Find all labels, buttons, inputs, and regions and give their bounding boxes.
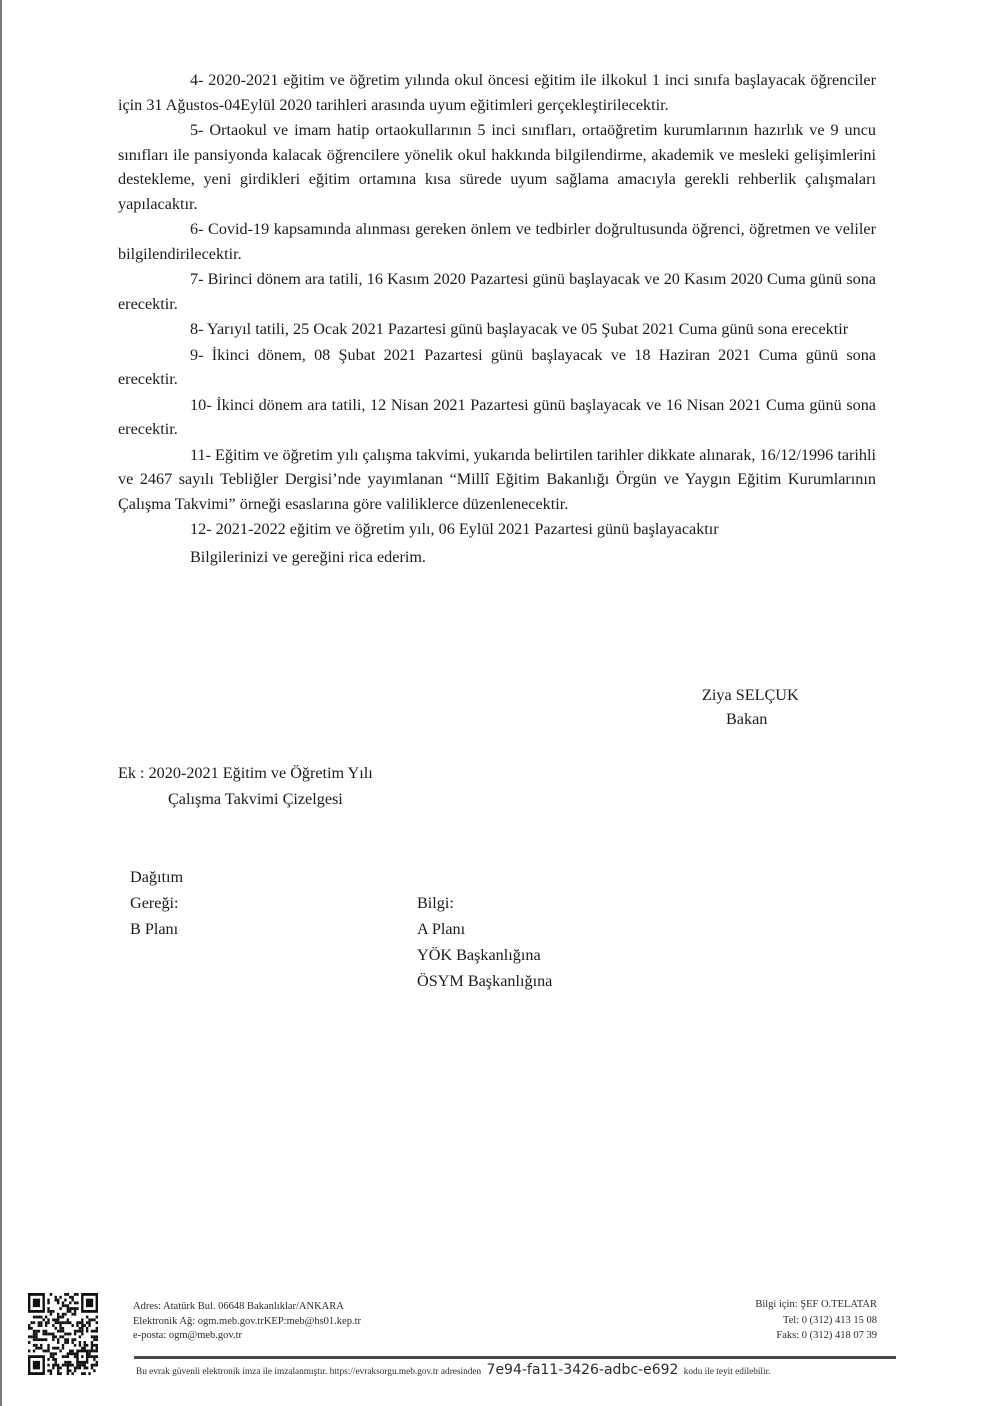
page-edge [0, 0, 2, 1406]
footer-divider [134, 1356, 896, 1359]
tel-line: Tel: 0 (312) 413 15 08 [755, 1313, 877, 1329]
paragraph-6: 6- Covid-19 kapsamında alınması gereken … [118, 217, 876, 267]
action-item: B Planı [130, 916, 370, 942]
paragraph-12: 12- 2021-2022 eğitim ve öğretim yılı, 06… [118, 517, 876, 543]
esig-suffix: kodu ile teyit edilebilir. [684, 1367, 771, 1377]
fax-line: Faks: 0 (312) 418 07 39 [755, 1328, 877, 1344]
esig-prefix: Bu evrak güvenli elektronik imza ile imz… [136, 1367, 481, 1377]
distribution-info-column: Bilgi: A Planı YÖK Başkanlığına ÖSYM Baş… [417, 890, 717, 994]
paragraph-11: 11- Eğitim ve öğretim yılı çalışma takvi… [118, 443, 876, 518]
info-label: Bilgi: [417, 890, 717, 916]
paragraph-8: 8- Yarıyıl tatili, 25 Ocak 2021 Pazartes… [118, 317, 876, 343]
paragraph-9: 9- İkinci dönem, 08 Şubat 2021 Pazartesi… [118, 343, 876, 393]
paragraph-4: 4- 2020-2021 eğitim ve öğretim yılında o… [118, 68, 876, 118]
paragraph-10: 10- İkinci dönem ara tatili, 12 Nisan 20… [118, 393, 876, 443]
document-body: 4- 2020-2021 eğitim ve öğretim yılında o… [118, 68, 876, 569]
signatory-name: Ziya SELÇUK [702, 683, 799, 707]
footer-contact-block: Bilgi için: ŞEF O.TELATAR Tel: 0 (312) 4… [755, 1297, 877, 1344]
qr-code-icon [28, 1293, 98, 1375]
footer-address-block: Adres: Atatürk Bul. 06648 Bakanlıklar/AN… [133, 1300, 361, 1344]
electronic-network-line: Elektronik Ağ: ogm.meb.gov.trKEP:meb@hs0… [133, 1315, 361, 1330]
signature-block: Ziya SELÇUK Bakan [702, 683, 799, 731]
email-line: e-posta: ogm@meb.gov.tr [133, 1329, 361, 1344]
info-item: A Planı [417, 916, 717, 942]
action-label: Gereği: [130, 890, 370, 916]
address-line: Adres: Atatürk Bul. 06648 Bakanlıklar/AN… [133, 1300, 361, 1315]
paragraph-7: 7- Birinci dönem ara tatili, 16 Kasım 20… [118, 267, 876, 317]
info-contact-line: Bilgi için: ŞEF O.TELATAR [755, 1297, 877, 1313]
closing-line: Bilgilerinizi ve gereğini rica ederim. [118, 545, 876, 570]
distribution-action-column: Dağıtım Gereği: B Planı [130, 864, 370, 942]
distribution-heading: Dağıtım [130, 864, 370, 890]
attachment-line-2: Çalışma Takvimi Çizelgesi [118, 786, 373, 812]
paragraph-5: 5- Ortaokul ve imam hatip ortaokullarını… [118, 118, 876, 217]
verification-code: 7e94-fa11-3426-adbc-e692 [487, 1362, 679, 1378]
signatory-title: Bakan [702, 707, 799, 731]
info-item: YÖK Başkanlığına [417, 942, 717, 968]
info-item: ÖSYM Başkanlığına [417, 968, 717, 994]
esignature-line: Bu evrak güvenli elektronik imza ile imz… [136, 1362, 898, 1378]
attachment-block: Ek : 2020-2021 Eğitim ve Öğretim Yılı Ça… [118, 760, 373, 812]
attachment-line-1: Ek : 2020-2021 Eğitim ve Öğretim Yılı [118, 760, 373, 786]
